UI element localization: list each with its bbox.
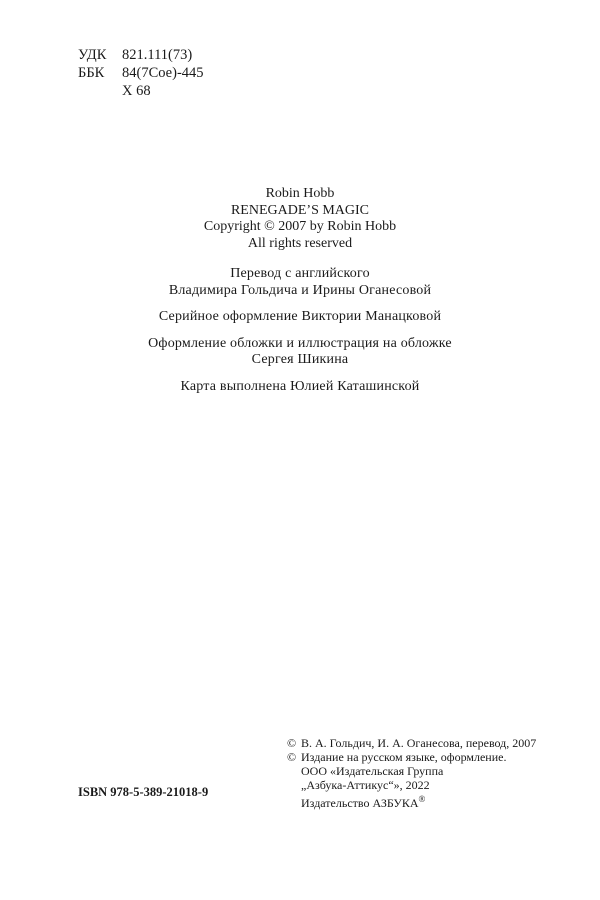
udk-label: УДК bbox=[78, 46, 122, 64]
original-author: Robin Hobb bbox=[0, 186, 600, 203]
original-edition-block: Robin Hobb RENEGADE’S MAGIC Copyright © … bbox=[0, 186, 600, 252]
isbn: ISBN 978-5-389-21018-9 bbox=[78, 785, 208, 800]
edition-line-1: Издание на русском языке, оформление. bbox=[301, 750, 506, 764]
udk-value: 821.111(73) bbox=[122, 46, 192, 64]
publisher-line: Издательство АЗБУКА® bbox=[287, 792, 536, 810]
translation-copyright-text: В. А. Гольдич, И. А. Оганесова, перевод,… bbox=[301, 736, 536, 750]
udk-row: УДК 821.111(73) bbox=[78, 46, 204, 64]
copyright-icon: © bbox=[287, 750, 301, 764]
cover-line-2: Сергея Шикина bbox=[0, 352, 600, 369]
map-line: Карта выполнена Юлией Каташинской bbox=[0, 379, 600, 396]
original-copyright: Copyright © 2007 by Robin Hobb bbox=[0, 219, 600, 236]
edition-line-3: „Азбука-Аттикус“», 2022 bbox=[287, 778, 536, 792]
credits-block: Перевод с английского Владимира Гольдича… bbox=[0, 266, 600, 405]
author-mark: Х 68 bbox=[78, 82, 204, 100]
edition-line-2: ООО «Издательская Группа bbox=[287, 764, 536, 778]
bbk-row: ББК 84(7Сое)-445 bbox=[78, 64, 204, 82]
copyright-icon: © bbox=[287, 736, 301, 750]
map-credit: Карта выполнена Юлией Каташинской bbox=[0, 379, 600, 396]
translation-credit: Перевод с английского Владимира Гольдича… bbox=[0, 266, 600, 299]
edition-copyright: © Издание на русском языке, оформление. bbox=[287, 750, 536, 764]
translation-line-2: Владимира Гольдича и Ирины Оганесовой bbox=[0, 283, 600, 300]
bbk-value: 84(7Сое)-445 bbox=[122, 64, 204, 82]
rights-reserved: All rights reserved bbox=[0, 236, 600, 253]
original-title: RENEGADE’S MAGIC bbox=[0, 203, 600, 220]
classification-block: УДК 821.111(73) ББК 84(7Сое)-445 Х 68 bbox=[78, 46, 204, 100]
bbk-label: ББК bbox=[78, 64, 122, 82]
translation-copyright: © В. А. Гольдич, И. А. Оганесова, перево… bbox=[287, 736, 536, 750]
cover-line-1: Оформление обложки и иллюстрация на обло… bbox=[0, 336, 600, 353]
translation-line-1: Перевод с английского bbox=[0, 266, 600, 283]
series-design-line: Серийное оформление Виктории Манацковой bbox=[0, 309, 600, 326]
cover-credit: Оформление обложки и иллюстрация на обло… bbox=[0, 336, 600, 369]
author-mark-value: Х 68 bbox=[122, 82, 151, 100]
registered-icon: ® bbox=[419, 794, 426, 804]
series-design-credit: Серийное оформление Виктории Манацковой bbox=[0, 309, 600, 326]
publisher-name: Издательство АЗБУКА bbox=[301, 796, 419, 810]
russian-copyright-block: © В. А. Гольдич, И. А. Оганесова, перево… bbox=[287, 736, 536, 810]
